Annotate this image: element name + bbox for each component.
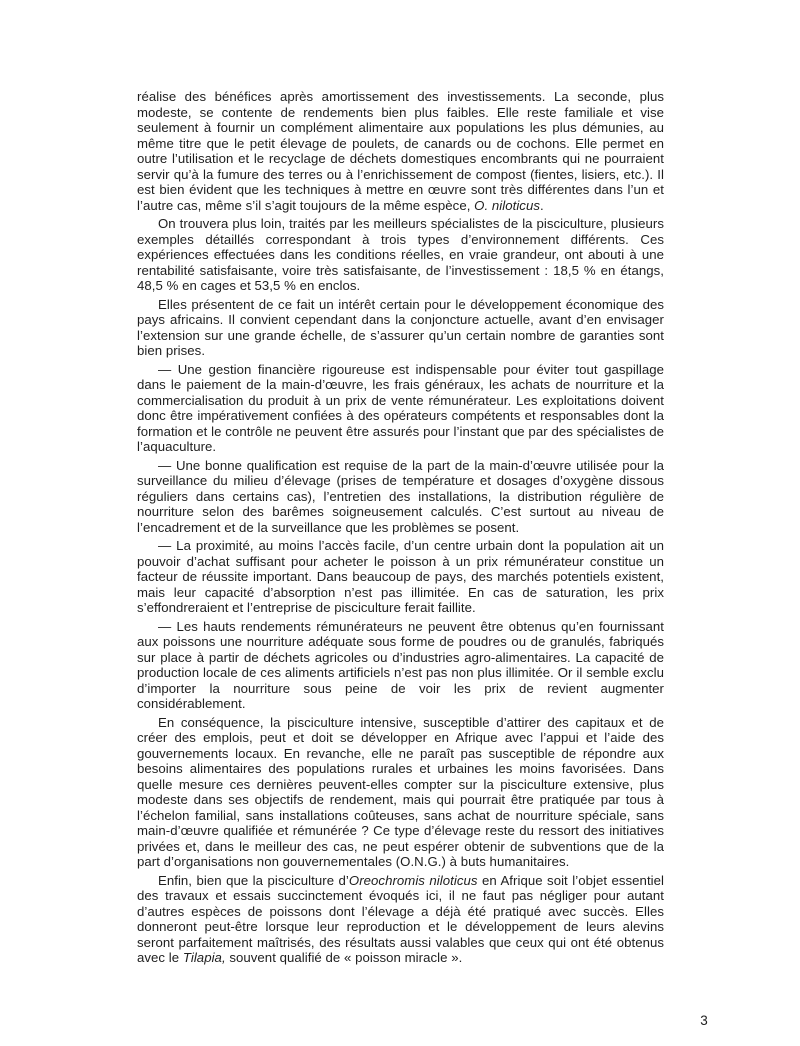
paragraph: — Une gestion financière rigoureuse est … bbox=[137, 362, 664, 455]
paragraph: On trouvera plus loin, traités par les m… bbox=[137, 216, 664, 294]
paragraph: En conséquence, la pisciculture intensiv… bbox=[137, 715, 664, 870]
page-number: 3 bbox=[694, 1013, 714, 1028]
text-segment: — Les hauts rendements rémunérateurs ne … bbox=[137, 619, 664, 712]
text-segment: — Une bonne qualification est requise de… bbox=[137, 458, 664, 535]
text-column: réalise des bénéfices après amortissemen… bbox=[137, 89, 664, 969]
text-segment: Elles présentent de ce fait un intérêt c… bbox=[137, 297, 664, 359]
italic-text-segment: Tilapia, bbox=[183, 950, 226, 965]
text-segment: souvent qualifié de « poisson miracle ». bbox=[226, 950, 463, 965]
text-segment: Enfin, bien que la pisciculture d’ bbox=[158, 873, 349, 888]
text-segment: réalise des bénéfices après amortissemen… bbox=[137, 89, 664, 213]
text-segment: On trouvera plus loin, traités par les m… bbox=[137, 216, 664, 293]
italic-text-segment: O. niloticus bbox=[474, 198, 540, 213]
text-segment: En conséquence, la pisciculture intensiv… bbox=[137, 715, 664, 870]
paragraph: — Les hauts rendements rémunérateurs ne … bbox=[137, 619, 664, 712]
document-page: réalise des bénéfices après amortissemen… bbox=[0, 0, 800, 1046]
paragraph: — Une bonne qualification est requise de… bbox=[137, 458, 664, 536]
italic-text-segment: Oreochromis niloticus bbox=[349, 873, 478, 888]
paragraph: réalise des bénéfices après amortissemen… bbox=[137, 89, 664, 213]
text-segment: . bbox=[540, 198, 544, 213]
paragraph: Enfin, bien que la pisciculture d’Oreoch… bbox=[137, 873, 664, 966]
text-segment: — La proximité, au moins l’accès facile,… bbox=[137, 538, 664, 615]
paragraph: — La proximité, au moins l’accès facile,… bbox=[137, 538, 664, 616]
paragraph: Elles présentent de ce fait un intérêt c… bbox=[137, 297, 664, 359]
text-segment: — Une gestion financière rigoureuse est … bbox=[137, 362, 664, 455]
